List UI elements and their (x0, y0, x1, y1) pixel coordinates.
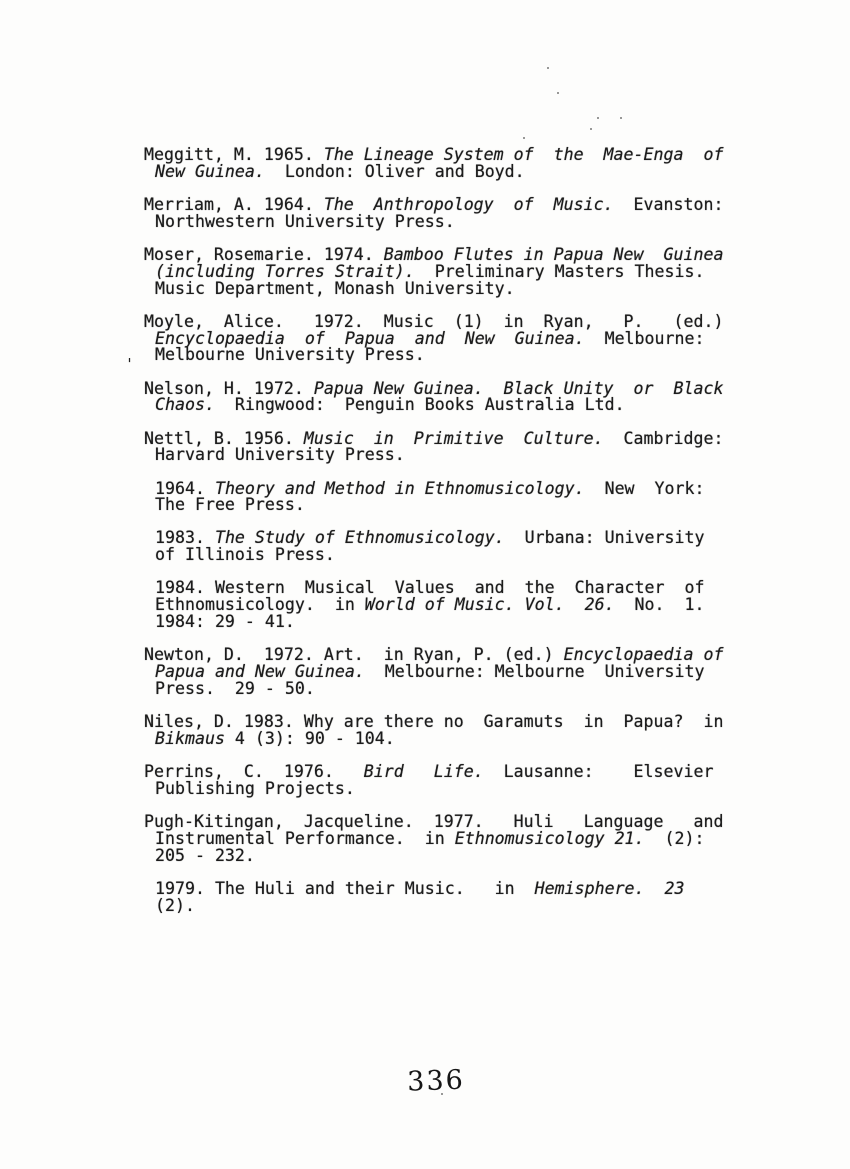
bib-line: Press. 29 - 50. (144, 681, 744, 698)
citation-text: Melbourne: (585, 329, 705, 348)
citation-text: London: Oliver and Boyd. (265, 162, 525, 181)
bib-entry: Moyle, Alice. 1972. Music (1) in Ryan, P… (144, 314, 744, 364)
citation-text: Northwestern University Press. (155, 212, 455, 231)
bib-entry: Pugh-Kitingan, Jacqueline. 1977. Huli La… (144, 814, 744, 864)
bib-entry: 1964. Theory and Method in Ethnomusicolo… (144, 481, 744, 515)
bib-line: The Free Press. (144, 497, 744, 514)
bib-entry: Merriam, A. 1964. The Anthropology of Mu… (144, 197, 744, 231)
citation-text: Cambridge: (604, 429, 724, 448)
scan-speck (293, 552, 295, 554)
bib-line: Chaos. Ringwood: Penguin Books Australia… (144, 397, 744, 414)
bib-line: Music Department, Monash University. (144, 281, 744, 298)
citation-text: No. 1. (615, 595, 705, 614)
stray-apostrophe-mark: ' (125, 355, 134, 373)
citation-text: The Free Press. (155, 495, 305, 514)
scanned-bibliography-page: Meggitt, M. 1965. The Lineage System of … (0, 0, 850, 1169)
scan-speck (547, 67, 549, 69)
scan-speck (557, 92, 559, 94)
citation-text: (2). (155, 896, 195, 915)
title-italic-text: Ethnomusicology 21. (455, 829, 645, 848)
citation-text: Evanston: (614, 195, 724, 214)
scan-speck (523, 137, 525, 139)
scan-speck (620, 117, 622, 119)
title-italic-text: World of Music. Vol. 26. (365, 595, 615, 614)
bib-entry: Meggitt, M. 1965. The Lineage System of … (144, 147, 744, 181)
bibliography: Meggitt, M. 1965. The Lineage System of … (144, 147, 744, 931)
citation-text: 1984: 29 - 41. (155, 612, 295, 631)
citation-text: 4 (3): 90 - 104. (225, 729, 395, 748)
bib-line: (2). (144, 898, 744, 915)
citation-text: Melbourne University Press. (155, 345, 425, 364)
bib-entry: Moser, Rosemarie. 1974. Bamboo Flutes in… (144, 247, 744, 297)
citation-text: Urbana: University (505, 528, 705, 547)
bib-line: New Guinea. London: Oliver and Boyd. (144, 164, 744, 181)
scan-speck (597, 117, 599, 119)
title-italic-text: Chaos. (155, 395, 215, 414)
scan-speck (441, 1093, 443, 1095)
bib-line: 1984: 29 - 41. (144, 614, 744, 631)
bib-line: Melbourne University Press. (144, 347, 744, 364)
bib-entry: 1983. The Study of Ethnomusicology. Urba… (144, 530, 744, 564)
bib-entry: Nelson, H. 1972. Papua New Guinea. Black… (144, 381, 744, 415)
bib-entry: 1984. Western Musical Values and the Cha… (144, 580, 744, 630)
bib-line: Publishing Projects. (144, 781, 744, 798)
title-italic-text: Bikmaus (155, 729, 225, 748)
bib-line: of Illinois Press. (144, 547, 744, 564)
citation-text: Press. 29 - 50. (155, 679, 315, 698)
citation-text: New York: (585, 479, 705, 498)
citation-text: Harvard University Press. (155, 445, 405, 464)
bib-line: 205 - 232. (144, 848, 744, 865)
citation-text: Melbourne: Melbourne University (365, 662, 705, 681)
citation-text: Publishing Projects. (155, 779, 355, 798)
bib-line: 1979. The Huli and their Music. in Hemis… (144, 881, 744, 898)
citation-text: Ringwood: Penguin Books Australia Ltd. (215, 395, 625, 414)
bib-line: Harvard University Press. (144, 447, 744, 464)
citation-text: Lausanne: Elsevier (484, 762, 714, 781)
citation-text: 1979. The Huli and their Music. in (155, 879, 535, 898)
scan-speck (590, 128, 592, 130)
title-italic-text: Bird Life. (364, 762, 484, 781)
bib-entry: Nettl, B. 1956. Music in Primitive Cultu… (144, 431, 744, 465)
bib-entry: Niles, D. 1983. Why are there no Garamut… (144, 714, 744, 748)
page-number: 336 (0, 1051, 850, 1112)
citation-text: 205 - 232. (155, 846, 255, 865)
bib-line: Bikmaus 4 (3): 90 - 104. (144, 731, 744, 748)
citation-text: Music Department, Monash University. (155, 279, 515, 298)
citation-text: of Illinois Press. (155, 545, 335, 564)
bib-entry: Perrins, C. 1976. Bird Life. Lausanne: E… (144, 764, 744, 798)
title-italic-text: Hemisphere. 23 (535, 879, 685, 898)
bib-entry: 1979. The Huli and their Music. in Hemis… (144, 881, 744, 915)
title-italic-text: New Guinea. (155, 162, 265, 181)
citation-text: (2): (645, 829, 705, 848)
bib-entry: Newton, D. 1972. Art. in Ryan, P. (ed.) … (144, 647, 744, 697)
bib-line: Northwestern University Press. (144, 214, 744, 231)
